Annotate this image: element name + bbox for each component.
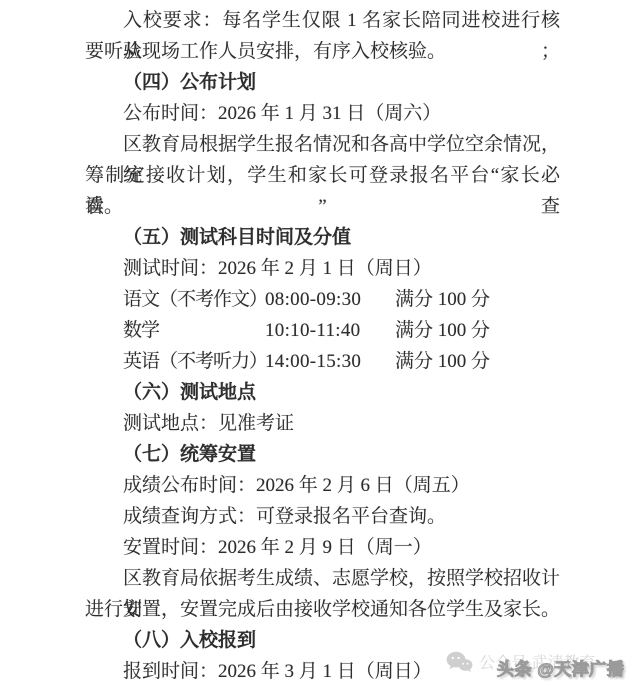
schedule-time: 10:10-11:40 bbox=[265, 315, 360, 346]
schedule-score: 满分 100 分 bbox=[395, 346, 490, 377]
paragraph-line-placement-2: 进行安置，安置完成后由接收学校通知各位学生及家长。 bbox=[85, 594, 560, 625]
paragraph-line-plan-1: 区教育局根据学生报名情况和各高中学位空余情况，统 bbox=[85, 129, 560, 160]
schedule-time: 08:00-09:30 bbox=[265, 284, 361, 315]
schedule-row-chinese: 语文（不考作文） 08:00-09:30 满分 100 分 bbox=[85, 284, 560, 315]
schedule-subject: 数学 bbox=[123, 315, 159, 346]
watermark-toutiao: 头条 @天津广播 bbox=[497, 655, 624, 680]
paragraph-line-placement-time: 安置时间：2026 年 2 月 9 日（周一） bbox=[85, 532, 560, 563]
paragraph-line-score-query: 成绩查询方式：可登录报名平台查询。 bbox=[85, 501, 560, 532]
schedule-score: 满分 100 分 bbox=[395, 315, 490, 346]
paragraph-line-plan-2: 筹制定接收计划，学生和家长可登录报名平台“家长必读”查 bbox=[85, 160, 560, 191]
paragraph-line-test-time: 测试时间：2026 年 2 月 1 日（周日） bbox=[85, 253, 560, 284]
schedule-score: 满分 100 分 bbox=[395, 284, 490, 315]
schedule-row-english: 英语（不考听力） 14:00-15:30 满分 100 分 bbox=[85, 346, 560, 377]
section-heading-4-publish-plan: （四）公布计划 bbox=[85, 67, 560, 98]
section-heading-7-placement: （七）统筹安置 bbox=[85, 439, 560, 470]
section-heading-6-test-location: （六）测试地点 bbox=[85, 377, 560, 408]
schedule-subject: 语文（不考作文） bbox=[123, 284, 267, 315]
schedule-time: 14:00-15:30 bbox=[265, 346, 361, 377]
wechat-icon bbox=[446, 651, 473, 673]
paragraph-line-placement-1: 区教育局依据考生成绩、志愿学校，按照学校招收计划 bbox=[85, 563, 560, 594]
document-page: 入校要求：每名学生仅限 1 名家长陪同进校进行核验； 要听从现场工作人员安排，有… bbox=[0, 0, 640, 686]
section-heading-5-test-subjects: （五）测试科目时间及分值 bbox=[85, 222, 560, 253]
paragraph-line-entry-requirement-1: 入校要求：每名学生仅限 1 名家长陪同进校进行核验； bbox=[85, 5, 560, 36]
paragraph-line-publish-time: 公布时间：2026 年 1 月 31 日（周六） bbox=[85, 98, 560, 129]
document-body: 入校要求：每名学生仅限 1 名家长陪同进校进行核验； 要听从现场工作人员安排，有… bbox=[85, 5, 560, 686]
schedule-subject: 英语（不考听力） bbox=[123, 346, 267, 377]
paragraph-line-test-location: 测试地点：见准考证 bbox=[85, 408, 560, 439]
schedule-row-math: 数学 10:10-11:40 满分 100 分 bbox=[85, 315, 560, 346]
paragraph-line-score-publish-time: 成绩公布时间：2026 年 2 月 6 日（周五） bbox=[85, 470, 560, 501]
